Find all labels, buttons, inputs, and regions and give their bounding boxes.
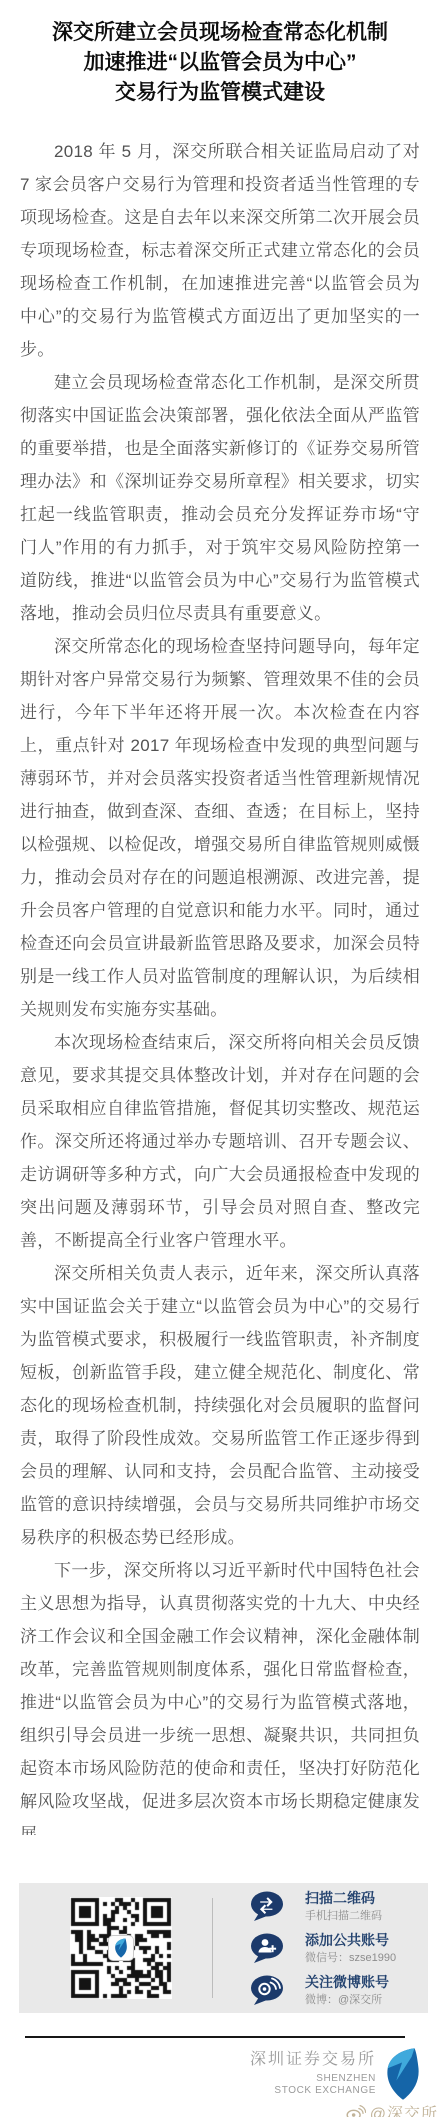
weibo-watermark-text: @深交所 [370,2101,438,2117]
qr-code-wrap [70,1897,172,1999]
social-title: 扫描二维码 [305,1890,382,1907]
weibo-watermark: @深交所 [346,2101,438,2117]
brand-en-line1: SHENZHEN [250,2073,376,2085]
brand-text: 深圳证券交易所 SHENZHEN STOCK EXCHANGE [250,2050,376,2101]
social-text: 添加公共账号 微信号：szse1990 [305,1932,396,1965]
brand-name-cn: 深圳证券交易所 [250,2050,376,2070]
page-title: 深交所建立会员现场检查常态化机制 加速推进“以监管会员为中心” 交易行为监管模式… [14,18,426,108]
qr-center-logo [108,1935,134,1961]
social-row-scan: 扫描二维码 手机扫描二维码 [250,1890,396,1923]
social-text: 扫描二维码 手机扫描二维码 [305,1890,382,1923]
szse-logo [382,2047,424,2101]
social-rows: 扫描二维码 手机扫描二维码 添加公共账号 微信号：szse1990 [250,1890,396,2007]
social-subtitle: 微博：@深交所 [305,1993,389,2007]
article-paragraph: 深交所常态化的现场检查坚持问题导向，每年定期针对客户异常交易行为频繁、管理效果不… [20,630,420,1026]
brand-en-line2: STOCK EXCHANGE [250,2085,376,2097]
social-row-weibo: 关注微博账号 微博：@深交所 [250,1974,396,2007]
social-footer-card: 扫描二维码 手机扫描二维码 添加公共账号 微信号：szse1990 [19,1883,428,2013]
article-paragraph: 2018 年 5 月，深交所联合相关证监局启动了对 7 家会员客户交易行为管理和… [20,135,420,366]
weibo-watermark-icon [346,2105,366,2117]
social-subtitle: 微信号：szse1990 [305,1951,396,1965]
article-paragraph: 下一步，深交所将以习近平新时代中国特色社会主义思想为指导，认真贯彻落实党的十九大… [20,1554,420,1835]
social-title: 关注微博账号 [305,1974,389,1991]
article-paragraph: 建立会员现场检查常态化工作机制，是深交所贯彻落实中国证监会决策部署，强化依法全面… [20,366,420,630]
article-paragraph: 深交所相关负责人表示，近年来，深交所认真落实中国证监会关于建立“以监管会员为中心… [20,1257,420,1554]
article-paragraph: 本次现场检查结束后，深交所将向相关会员反馈意见，要求其提交具体整改计划，并对存在… [20,1026,420,1257]
scan-qr-bubble-icon [250,1891,284,1922]
social-subtitle: 手机扫描二维码 [305,1909,382,1923]
footer-divider [212,1898,213,1998]
social-row-wechat: 添加公共账号 微信号：szse1990 [250,1932,396,1965]
title-line-1: 深交所建立会员现场检查常态化机制 [14,18,426,48]
weibo-bubble-icon [250,1975,284,2006]
social-title: 添加公共账号 [305,1932,396,1949]
bottom-rule [25,2036,405,2038]
add-user-bubble-icon [250,1933,284,1964]
szse-logo-icon [113,1938,129,1958]
article-page: 深交所建立会员现场检查常态化机制 加速推进“以监管会员为中心” 交易行为监管模式… [0,0,440,2117]
brand-name-en: SHENZHEN STOCK EXCHANGE [250,2073,376,2097]
brand-block: 深圳证券交易所 SHENZHEN STOCK EXCHANGE [250,2047,424,2101]
social-text: 关注微博账号 微博：@深交所 [305,1974,389,2007]
title-line-2: 加速推进“以监管会员为中心” [14,48,426,78]
article-body: 2018 年 5 月，深交所联合相关证监局启动了对 7 家会员客户交易行为管理和… [0,135,440,1835]
title-line-3: 交易行为监管模式建设 [14,78,426,108]
